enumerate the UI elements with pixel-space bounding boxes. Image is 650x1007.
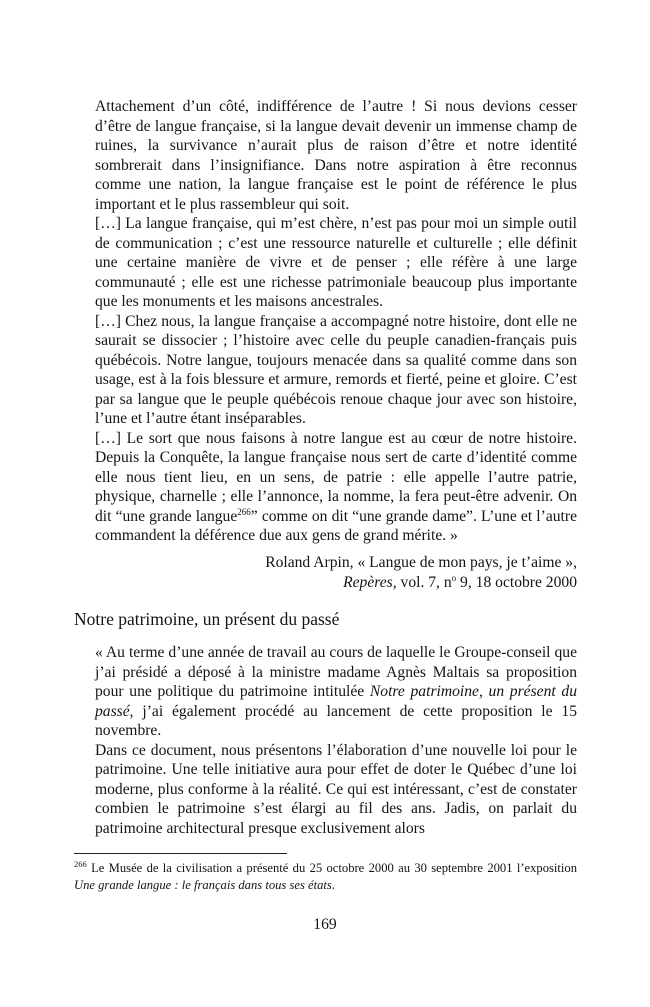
footnote-divider (74, 853, 287, 854)
quote-paragraph: Dans ce document, nous présentons l’élab… (95, 741, 577, 839)
attribution-author-title: Roland Arpin, « Langue de mon pays, je t… (265, 553, 577, 573)
book-page: Attachement d’un côté, indifférence de l… (0, 0, 650, 1007)
block-quote-arpin: Attachement d’un côté, indifférence de l… (95, 97, 577, 546)
footnote: 266 Le Musée de la civilisation a présen… (74, 860, 577, 894)
quote-paragraph: « Au terme d’une année de travail au cou… (95, 643, 577, 741)
quote-paragraph: […] La langue française, qui m’est chère… (95, 214, 577, 312)
quote-paragraph: Attachement d’un côté, indifférence de l… (95, 97, 577, 214)
footnote-number: 266 (74, 859, 87, 869)
attribution-source: Repères, vol. 7, no 9, 18 octobre 2000 (265, 573, 577, 593)
journal-title: Repères (343, 574, 393, 591)
page-number: 169 (0, 916, 650, 934)
exhibition-title: Une grande langue : le français dans tou… (74, 878, 332, 892)
block-quote-patrimoine: « Au terme d’une année de travail au cou… (95, 643, 577, 838)
footnote-reference[interactable]: 266 (237, 507, 251, 517)
section-heading: Notre patrimoine, un présent du passé (74, 608, 339, 630)
quote-paragraph: […] Chez nous, la langue française a acc… (95, 312, 577, 429)
quote-paragraph: […] Le sort que nous faisons à notre lan… (95, 429, 577, 546)
quote-attribution: Roland Arpin, « Langue de mon pays, je t… (265, 553, 577, 593)
